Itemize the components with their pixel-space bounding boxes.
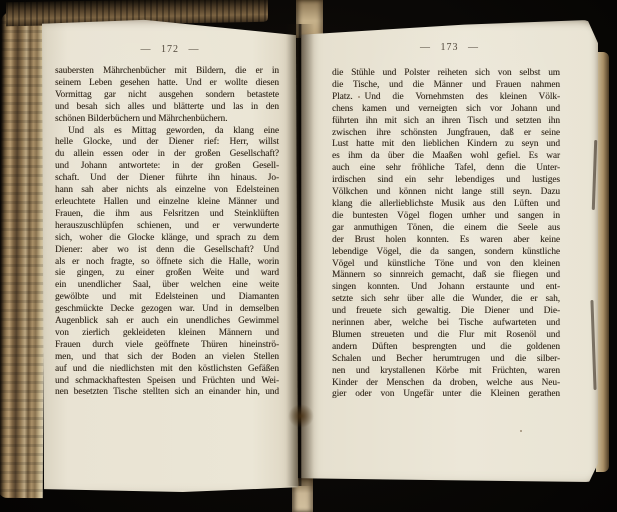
paper-speck xyxy=(95,330,97,332)
text-line: die Tische, und die Männer und Frauen na… xyxy=(332,80,560,92)
paper-speck xyxy=(470,212,472,214)
text-line: irdischen sind ein sehr lebendiges und l… xyxy=(332,175,560,187)
paper-speck xyxy=(358,96,360,98)
text-line: klang die allerlieblichste Musik aus den… xyxy=(332,199,560,211)
book-spread-photo: — 172 — saubersten Mährchenbücher mit Bi… xyxy=(0,0,617,512)
text-line: gewölbte und mit Edelsteinen und Diamant… xyxy=(55,292,279,304)
text-line: Kinder der Menschen da droben, welche au… xyxy=(332,378,560,390)
paper-speck xyxy=(520,430,522,432)
text-line: von zierlich gekleideten kleinen Männern… xyxy=(55,328,279,340)
text-line: als er noch fragte, so öffnete sich die … xyxy=(55,257,279,269)
text-line: Völkchen und können nicht lange still se… xyxy=(332,187,560,199)
text-line: du allein essen oder in der großen Gesel… xyxy=(55,149,279,161)
text-line: andern Düften besprengten und die golden… xyxy=(332,342,560,354)
text-line: singen konnten. Und Johann erstaunte und… xyxy=(332,282,560,294)
text-line: seinem Leben gesehen hatte. Und er wollt… xyxy=(55,78,279,90)
text-line: und freuete sich gewaltig. Die Diener un… xyxy=(332,306,560,318)
left-page-number: — 172 — xyxy=(42,44,298,55)
left-page: — 172 — saubersten Mährchenbücher mit Bi… xyxy=(42,18,298,492)
text-line: es ihm da über die Maaßen wohl gefiel. E… xyxy=(332,151,560,163)
text-line: setzte sich sehr über alle die Wunder, d… xyxy=(332,294,560,306)
text-line: lebendige Vögel, die da sangen, sondern … xyxy=(332,247,560,259)
text-line: Frauen, die ihm aus Felsritzen und Stein… xyxy=(55,209,279,221)
text-line: hann sah aber nichts als einzelne von Ed… xyxy=(55,185,279,197)
text-line: ein unendlicher Saal, über welchen eine … xyxy=(55,280,279,292)
text-line: Diener: aber wo ist denn die Gesellschaf… xyxy=(55,245,279,257)
text-line: men, und that sich der Boden an vielen S… xyxy=(55,352,279,364)
text-line: Augenblick sah er auch ein unendliches G… xyxy=(55,316,279,328)
left-page-text: saubersten Mährchenbücher mit Bildern, d… xyxy=(55,66,279,399)
text-line: führten ihn mit sich an ihren Tisch und … xyxy=(332,116,560,128)
text-line: chens kamen und verneigten sich vor Joha… xyxy=(332,104,560,116)
paper-speck xyxy=(200,108,202,110)
text-line: zwischen ihre schönsten Jungfrauen, daß … xyxy=(332,128,560,140)
text-line: sich, woher die Glocke klänge, und sprac… xyxy=(55,233,279,245)
text-line: Vögel und künstliche Töne und von den kl… xyxy=(332,259,560,271)
text-line: gier oder von Ungefär unter die Kleinen … xyxy=(332,389,560,401)
text-line: auch eine sehr fröhliche Tafel, denn die… xyxy=(332,163,560,175)
text-line: helle Glocke, und der Diener rief: Herr,… xyxy=(55,137,279,149)
text-line: saubersten Mährchenbücher mit Bildern, d… xyxy=(55,66,279,78)
text-line: die Stühle und Polster reiheten sich von… xyxy=(332,68,560,80)
text-line: erleuchtete Hallen und einzelne kleine M… xyxy=(55,197,279,209)
text-line: nerinnen aber, welche bei Tische aufwart… xyxy=(332,318,560,330)
text-line: und Johann antwortete: in der großen Ges… xyxy=(55,161,279,173)
paper-stain xyxy=(288,404,314,428)
text-line: herauszuschlüpfen schienen, und er verwu… xyxy=(55,221,279,233)
text-line: der Brust holen konnten. Es waren aber k… xyxy=(332,235,560,247)
text-line: Blumen streueten und die Flur mit Rosenö… xyxy=(332,330,560,342)
text-line: Lust hatte mit den lieblichen Kindern zu… xyxy=(332,139,560,151)
text-line: Vormittag gar nicht ausgehen sondern bet… xyxy=(55,90,279,102)
text-line: die buntesten Vögel flogen umher und san… xyxy=(332,211,560,223)
text-line: schaft. Und der Diener führte ihn hinaus… xyxy=(55,173,279,185)
text-line: und schmackhaftesten Speisen und Früchte… xyxy=(55,376,279,388)
right-page-text: die Stühle und Polster reiheten sich von… xyxy=(332,68,560,401)
text-line: nen und krystallenen Körbe mit Früchten,… xyxy=(332,366,560,378)
text-line: Und als es Mittag geworden, da klang ein… xyxy=(55,126,279,138)
text-line: Frauen durch viele geöffnete Thüren hine… xyxy=(55,340,279,352)
text-line: geschmückte Decke gezogen war. Und in de… xyxy=(55,304,279,316)
text-line: Schalen und Becher herumtrugen und die s… xyxy=(332,354,560,366)
text-line: sie gingen, zu einer großen Weite und wa… xyxy=(55,268,279,280)
text-line: schönen Bilderbüchern und Mährchenbücher… xyxy=(55,114,279,126)
left-page-edges xyxy=(0,12,45,498)
text-line: Männern so sinnreich gemacht, daß sie fl… xyxy=(332,270,560,282)
text-line: gar anmuthigen Tönen, die einem die Seel… xyxy=(332,223,560,235)
text-line: und besah sich alles und blätterte und l… xyxy=(55,102,279,114)
right-page-number: — 173 — xyxy=(301,42,598,53)
right-page: — 173 — die Stühle und Polster reiheten … xyxy=(301,20,598,482)
text-line: auf und die niedlichsten mit den köstlic… xyxy=(55,364,279,376)
text-line: Platz. Und die Vornehmsten des kleinen V… xyxy=(332,92,560,104)
text-line: nen besetzten Tische stellten sich an ei… xyxy=(55,387,279,399)
